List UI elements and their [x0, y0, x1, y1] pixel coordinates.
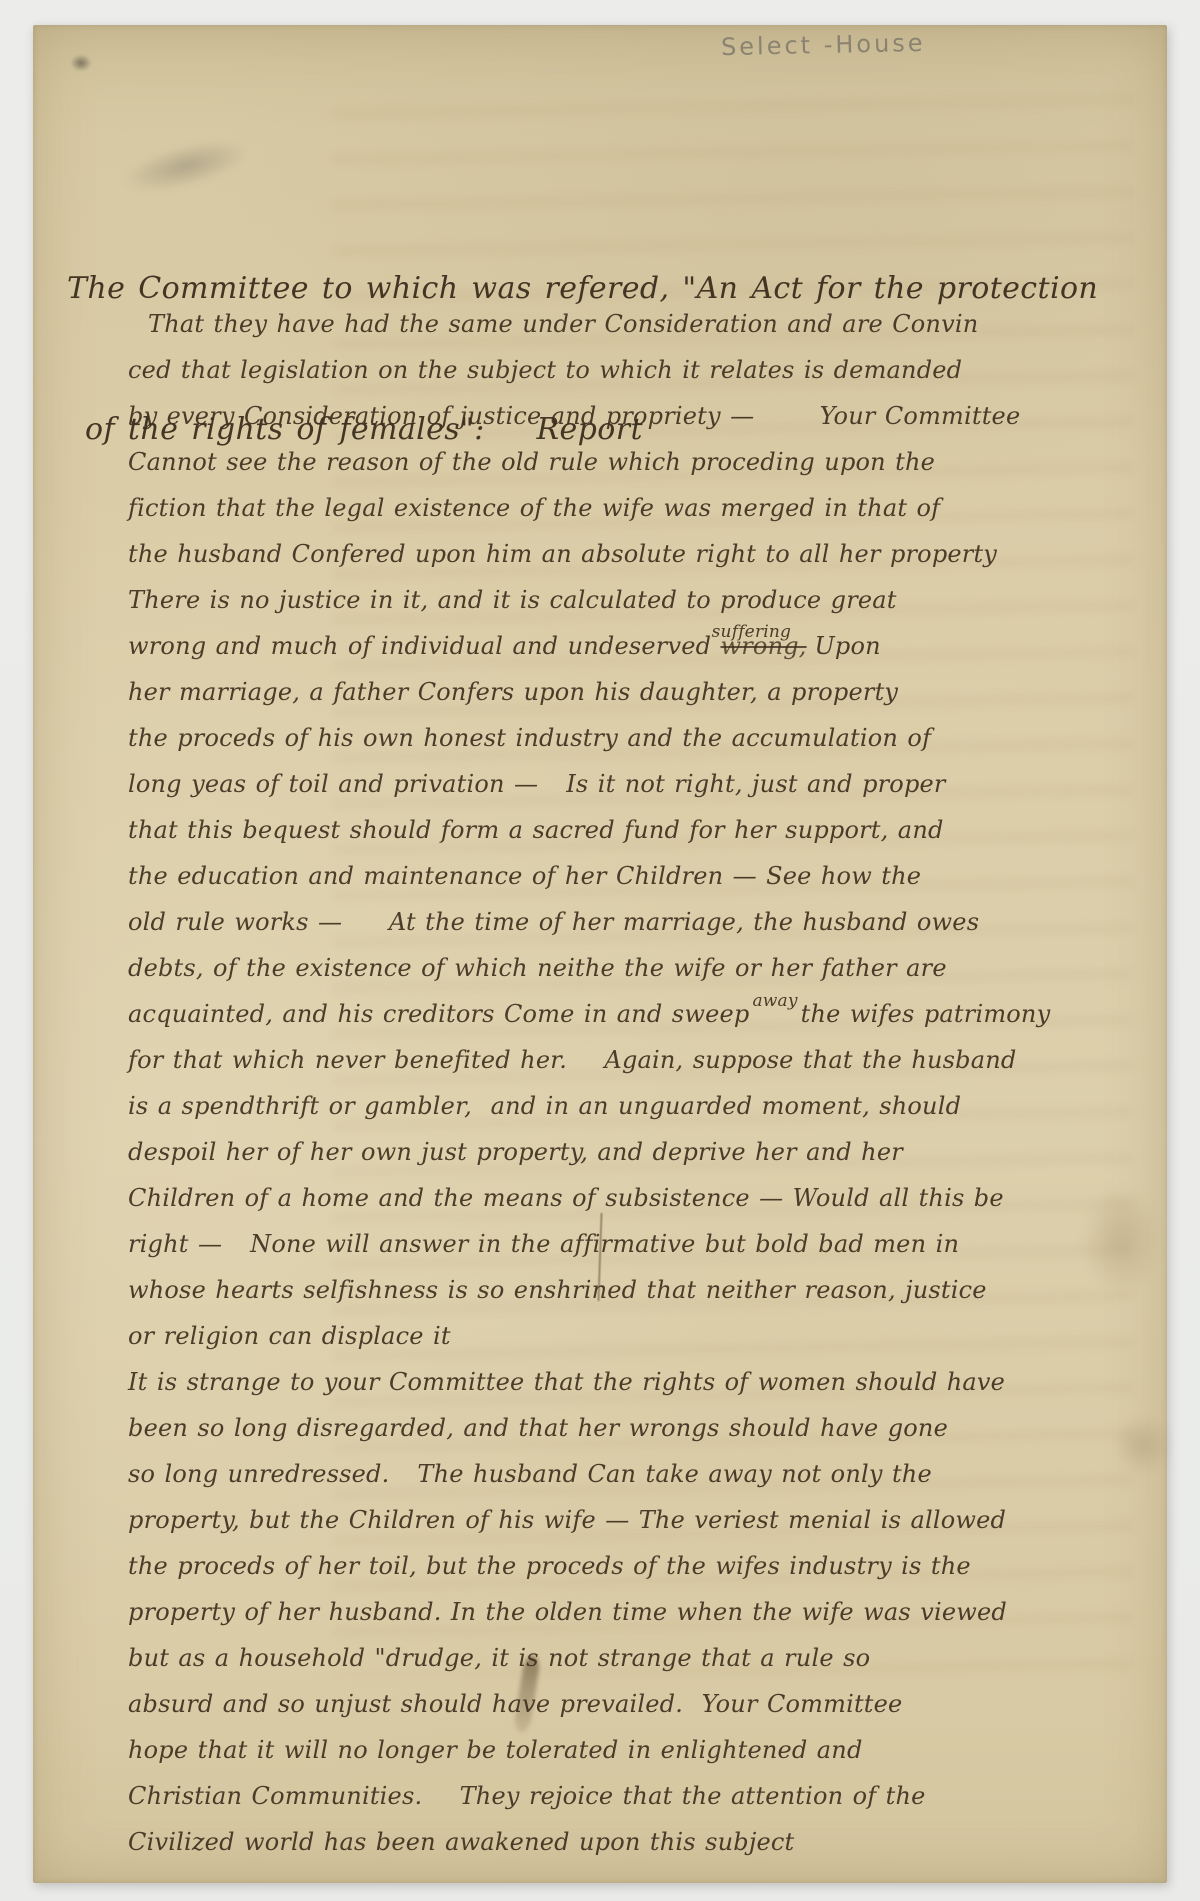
- pencil-annotation: Select -House: [721, 29, 926, 61]
- handwritten-text: Cannot see the reason of the old rule wh…: [128, 448, 935, 476]
- manuscript-line: property of her husband. In the olden ti…: [128, 1589, 1050, 1635]
- handwritten-text: absurd and so unjust should have prevail…: [128, 1690, 902, 1718]
- manuscript-line: debts, of the existence of which neithe …: [128, 945, 1050, 991]
- manuscript-line: the proceds of her toil, but the proceds…: [128, 1543, 1050, 1589]
- edge-stain-small: [1113, 1415, 1173, 1475]
- manuscript-line: Civilized world has been awakened upon t…: [128, 1819, 1050, 1865]
- manuscript-line: Cannot see the reason of the old rule wh…: [128, 439, 1050, 485]
- handwritten-text: long yeas of toil and privation — Is it …: [128, 770, 946, 798]
- manuscript-line: her marriage, a father Confers upon his …: [128, 669, 1050, 715]
- manuscript-lines: That they have had the same under Consid…: [128, 301, 1050, 1865]
- manuscript-line: Christian Communities. They rejoice that…: [128, 1773, 1050, 1819]
- handwritten-text: the wifes patrimony: [801, 1000, 1051, 1028]
- handwritten-text: been so long disregarded, and that her w…: [128, 1414, 948, 1442]
- manuscript-line: for that which never benefited her. Agai…: [128, 1037, 1050, 1083]
- document-scan-background: Select -House The Committee to which was…: [0, 0, 1200, 1901]
- handwritten-text: It is strange to your Committee that the…: [128, 1368, 1005, 1396]
- handwritten-text: that this bequest should form a sacred f…: [128, 816, 944, 844]
- handwritten-text: or religion can displace it: [128, 1322, 451, 1350]
- manuscript-line: property, but the Children of his wife —…: [128, 1497, 1050, 1543]
- handwritten-text: Upon: [805, 632, 881, 660]
- manuscript-line: absurd and so unjust should have prevail…: [128, 1681, 1050, 1727]
- handwritten-text: fiction that the legal existence of the …: [128, 494, 940, 522]
- manuscript-line: despoil her of her own just property, an…: [128, 1129, 1050, 1175]
- manuscript-line: There is no justice in it, and it is cal…: [128, 577, 1050, 623]
- manuscript-line: long yeas of toil and privation — Is it …: [128, 761, 1050, 807]
- manuscript-line: wrong and much of individual and undeser…: [128, 623, 1050, 669]
- edge-stain: [1081, 1185, 1161, 1295]
- handwritten-text: Civilized world has been awakened upon t…: [128, 1828, 794, 1856]
- handwritten-text: despoil her of her own just property, an…: [128, 1138, 903, 1166]
- manuscript-line: Children of a home and the means of subs…: [128, 1175, 1050, 1221]
- handwritten-text: the proceds of his own honest industry a…: [128, 724, 931, 752]
- handwritten-text: the proceds of her toil, but the proceds…: [128, 1552, 971, 1580]
- handwritten-text: by every Consideration of justice and pr…: [128, 402, 1020, 430]
- handwritten-text: acquainted, and his creditors Come in an…: [128, 1000, 749, 1028]
- corner-ink-mark: [71, 55, 91, 71]
- handwritten-text: so long unredressed. The husband Can tak…: [128, 1460, 932, 1488]
- manuscript-line: right — None will answer in the affirmat…: [128, 1221, 1050, 1267]
- manuscript-line: It is strange to your Committee that the…: [128, 1359, 1050, 1405]
- handwritten-text: wrong and much of individual and undeser…: [128, 632, 721, 660]
- manuscript-line: the education and maintenance of her Chi…: [128, 853, 1050, 899]
- manuscript-line: old rule works — At the time of her marr…: [128, 899, 1050, 945]
- handwritten-text: property of her husband. In the olden ti…: [128, 1598, 1007, 1626]
- handwritten-text: debts, of the existence of which neithe …: [128, 954, 947, 982]
- manuscript-line: whose hearts selfishness is so enshrined…: [128, 1267, 1050, 1313]
- manuscript-line: but as a household "drudge, it is not st…: [128, 1635, 1050, 1681]
- handwritten-text: property, but the Children of his wife —…: [128, 1506, 1006, 1534]
- manuscript-line: hope that it will no longer be tolerated…: [128, 1727, 1050, 1773]
- manuscript-page: Select -House The Committee to which was…: [33, 25, 1167, 1883]
- handwritten-text: hope that it will no longer be tolerated…: [128, 1736, 863, 1764]
- handwritten-text: whose hearts selfishness is so enshrined…: [128, 1276, 987, 1304]
- manuscript-line: fiction that the legal existence of the …: [128, 485, 1050, 531]
- handwritten-text: Christian Communities. They rejoice that…: [128, 1782, 926, 1810]
- handwritten-text: is a spendthrift or gambler, and in an u…: [128, 1092, 961, 1120]
- manuscript-line: acquainted, and his creditors Come in an…: [128, 991, 1050, 1037]
- manuscript-line: the proceds of his own honest industry a…: [128, 715, 1050, 761]
- manuscript-line: by every Consideration of justice and pr…: [128, 393, 1050, 439]
- manuscript-line: ced that legislation on the subject to w…: [128, 347, 1050, 393]
- manuscript-line: or religion can displace it: [128, 1313, 1050, 1359]
- handwritten-text: That they have had the same under Consid…: [148, 310, 978, 338]
- handwritten-text: right — None will answer in the affirmat…: [128, 1230, 959, 1258]
- manuscript-line: so long unredressed. The husband Can tak…: [128, 1451, 1050, 1497]
- manuscript-line: been so long disregarded, and that her w…: [128, 1405, 1050, 1451]
- inserted-word: suffering: [712, 609, 792, 655]
- manuscript-line: the husband Confered upon him an absolut…: [128, 531, 1050, 577]
- handwritten-text: the education and maintenance of her Chi…: [128, 862, 921, 890]
- handwritten-text: ced that legislation on the subject to w…: [128, 356, 962, 384]
- handwritten-text: but as a household "drudge, it is not st…: [128, 1644, 870, 1672]
- handwritten-text: her marriage, a father Confers upon his …: [128, 678, 898, 706]
- handwritten-text: for that which never benefited her. Agai…: [128, 1046, 1016, 1074]
- manuscript-line: That they have had the same under Consid…: [128, 301, 1050, 347]
- manuscript-line: that this bequest should form a sacred f…: [128, 807, 1050, 853]
- inserted-word: away: [752, 978, 797, 1024]
- handwritten-text: Children of a home and the means of subs…: [128, 1184, 1004, 1212]
- handwritten-text: old rule works — At the time of her marr…: [128, 908, 979, 936]
- manuscript-line: is a spendthrift or gambler, and in an u…: [128, 1083, 1050, 1129]
- handwritten-text: the husband Confered upon him an absolut…: [128, 540, 997, 568]
